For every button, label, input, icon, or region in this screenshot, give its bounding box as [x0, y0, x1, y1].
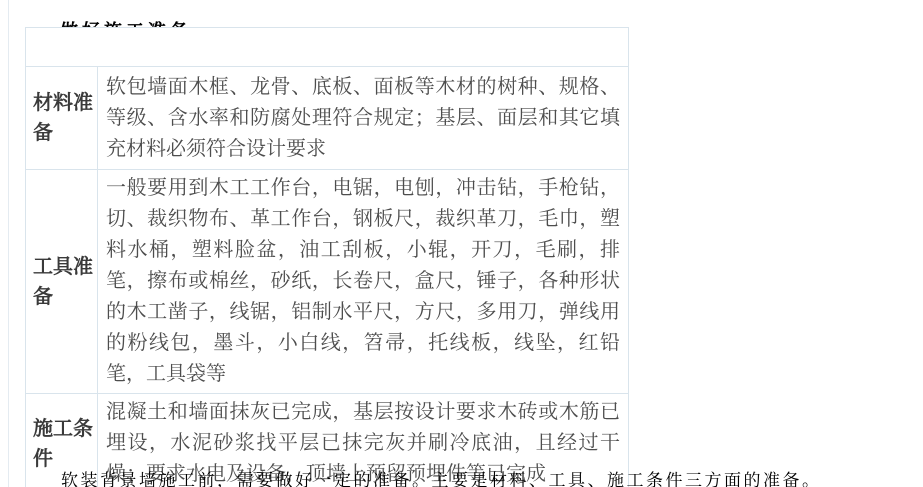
row-content-tools: 一般要用到木工工作台，电锯，电刨，冲击钻，手枪钻，切、裁织物布、革工作台，钢板尺… — [98, 170, 629, 394]
table-row-tools: 工具准备 一般要用到木工工作台，电锯，电刨，冲击钻，手枪钻，切、裁织物布、革工作… — [26, 170, 629, 394]
table-row-materials: 材料准备 软包墙面木框、龙骨、底板、面板等木材的树种、规格、等级、含水率和防腐处… — [26, 67, 629, 170]
footer-summary-text: 软装背景墙施工前，需要做好一定的准备。主要是材料、工具、施工条件三方面的准备。 — [26, 468, 906, 487]
row-content-materials: 软包墙面木框、龙骨、底板、面板等木材的树种、规格、等级、含水率和防腐处理符合规定… — [98, 67, 629, 170]
empty-header-row — [26, 28, 629, 67]
row-label-materials: 材料准备 — [26, 67, 98, 170]
construction-prep-table: 材料准备 软包墙面木框、龙骨、底板、面板等木材的树种、规格、等级、含水率和防腐处… — [25, 27, 629, 487]
row-label-tools: 工具准备 — [26, 170, 98, 394]
table-caption-cell — [26, 28, 629, 67]
page-left-border — [8, 0, 9, 487]
